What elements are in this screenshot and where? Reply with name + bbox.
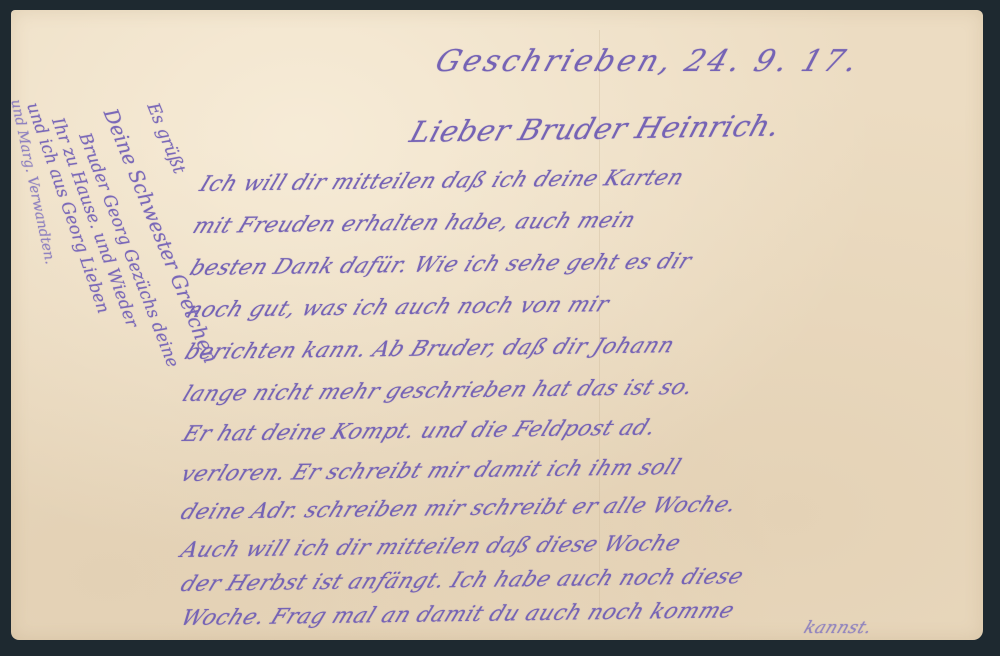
body-line: lange nicht mehr geschrieben hat das ist… [179,375,697,407]
body-line: verloren. Er schreibt mir damit ich ihm … [177,455,685,487]
body-line: Woche. Frag mal an damit du auch noch ko… [177,598,738,631]
body-line: besten Dank dafür. Wie ich sehe geht es … [186,249,696,281]
closing-fragment: kannst. [801,618,875,638]
salutation: Lieber Bruder Heinrich. [406,109,785,149]
body-line: noch gut, was ich auch noch von mir [183,292,613,323]
body-line: mit Freuden erhalten habe, auch mein [189,208,639,239]
body-line: Er hat deine Kompt. und die Feldpost ad. [179,415,660,447]
header-date: Geschrieben, 24. 9. 17. [431,44,865,79]
margin-line: Es grüßt [142,100,189,177]
body-line: Ich will dir mitteilen daß ich deine Kar… [196,165,688,197]
body-line: Auch will ich dir mitteilen daß diese Wo… [177,531,685,563]
body-line: berichten kann. Ab Bruder, daß dir Johan… [181,333,678,365]
body-line: deine Adr. schreiben mir schreibt er all… [177,492,741,525]
body-line: der Herbst ist anfängt. Ich habe auch no… [177,564,747,597]
postcard: Geschrieben, 24. 9. 17. Lieber Bruder He… [11,10,983,640]
